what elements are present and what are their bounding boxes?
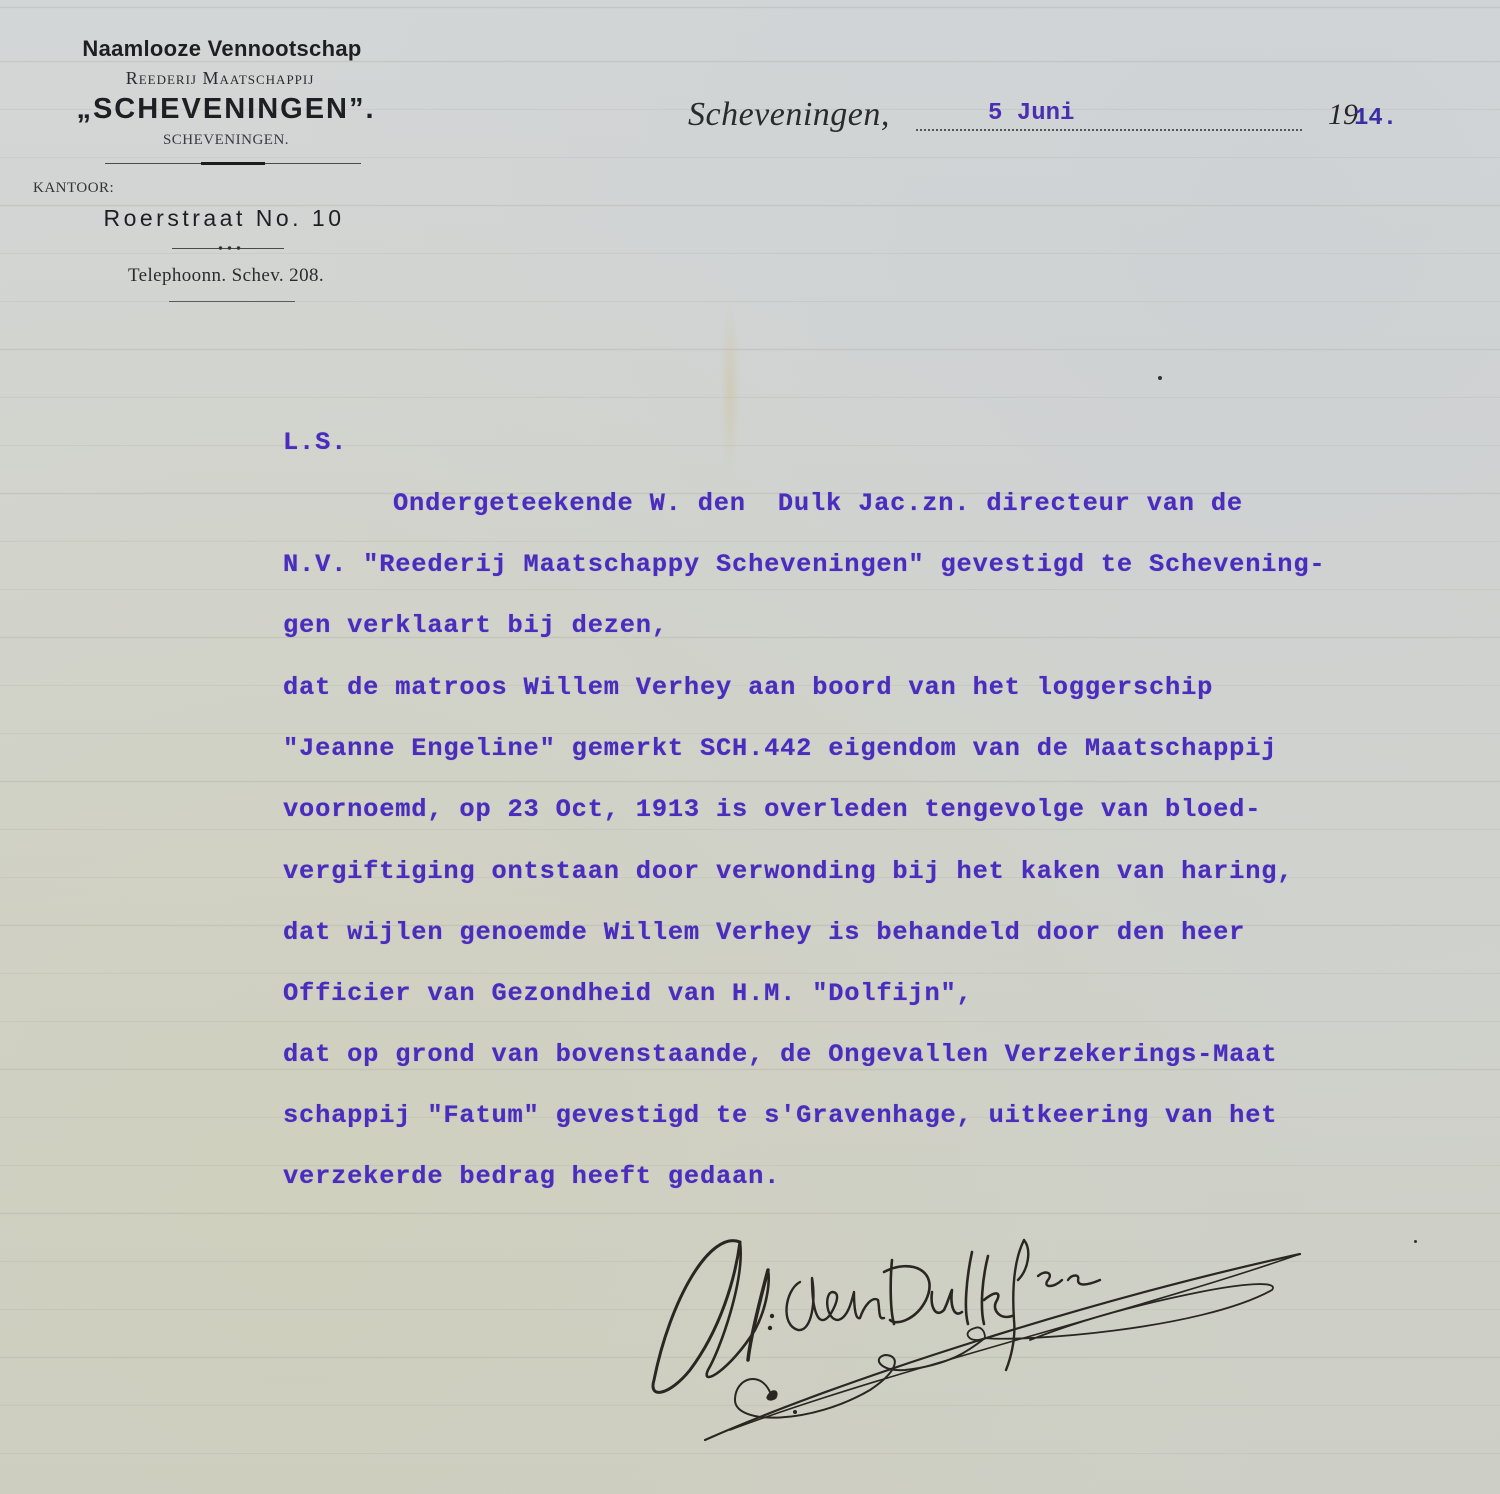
date-dotted-line [916, 129, 1302, 131]
letter-line: verzekerde bedrag heeft gedaan. [283, 1162, 780, 1191]
date-year: 1914. [1328, 98, 1397, 132]
date-place: Scheveningen, [688, 96, 890, 134]
letter-line: "Jeanne Engeline" gemerkt SCH.442 eigend… [283, 734, 1277, 763]
ornament-divider [172, 248, 284, 249]
letter-line: voornoemd, op 23 Oct, 1913 is overleden … [283, 795, 1261, 824]
letterhead: Naamlooze Vennootschap Reederij Maatscha… [20, 36, 420, 302]
company-subtitle: Reederij Maatschappij [20, 68, 420, 89]
letterhead-divider [105, 163, 361, 164]
ink-speck [1158, 376, 1162, 380]
company-name: „SCHEVENINGEN”. [32, 93, 420, 126]
office-label: KANTOOR: [33, 180, 420, 197]
signature-icon [640, 1220, 1400, 1450]
company-city: SCHEVENINGEN. [32, 132, 420, 149]
letter-line: Ondergeteekende W. den Dulk Jac.zn. dire… [283, 489, 1243, 518]
dateline: Scheveningen, 5 Juni 1914. [688, 96, 1408, 146]
office-address: Roerstraat No. 10 [28, 205, 420, 232]
telephone: Telephoonn. Schev. 208. [32, 265, 420, 287]
paper-stain [720, 300, 740, 480]
letter-line: schappij "Fatum" gevestigd te s'Gravenha… [283, 1101, 1277, 1130]
date-year-typed: 14. [1354, 105, 1397, 132]
letter-line: dat wijlen genoemde Willem Verhey is beh… [283, 918, 1245, 947]
signature [640, 1220, 1400, 1450]
letter-line: Officier van Gezondheid van H.M. "Dolfij… [283, 979, 973, 1008]
company-type: Naamlooze Vennootschap [24, 36, 420, 62]
letter-line: gen verklaart bij dezen, [283, 611, 668, 640]
letter-line: N.V. "Reederij Maatschappy Scheveningen"… [283, 550, 1325, 579]
letterhead-divider-bottom [169, 301, 295, 302]
letter-line: dat op grond van bovenstaande, de Ongeva… [283, 1040, 1277, 1069]
ink-speck [1414, 1240, 1417, 1243]
date-day-month: 5 Juni [988, 100, 1074, 127]
letter-page: Naamlooze Vennootschap Reederij Maatscha… [0, 0, 1500, 1494]
letter-line: dat de matroos Willem Verhey aan boord v… [283, 673, 1213, 702]
salutation: L.S. [283, 428, 347, 457]
letter-line: vergiftiging ontstaan door verwonding bi… [283, 857, 1293, 886]
